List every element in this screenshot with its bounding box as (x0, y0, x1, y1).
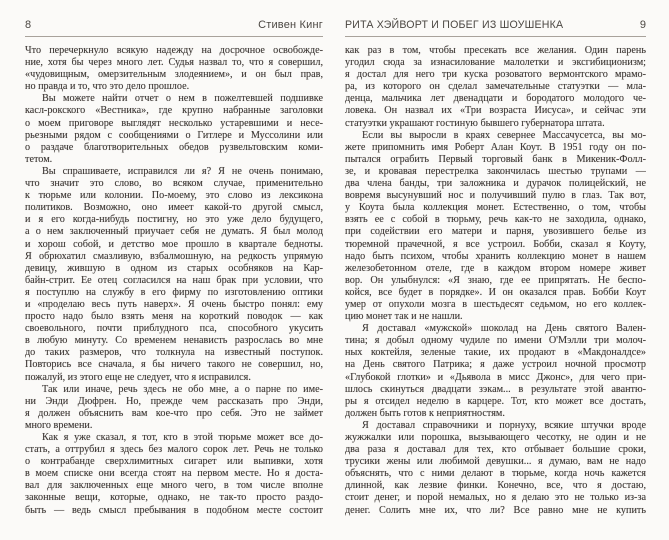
text-line: умер от опухоли мозга в шестьдесят седьм… (345, 299, 646, 311)
book-spread: 8 Стивен Кинг Что перечеркнуло всякую на… (0, 0, 669, 540)
text-line: два члена банды, три заложника и дурачок… (345, 178, 646, 190)
text-line: койся, все будет в порядке». И он оказал… (345, 287, 646, 299)
text-line: у Коута была коллекция монет. Естественн… (345, 202, 646, 214)
text-line: денца, мальчика лет двенадцати и бородат… (345, 93, 646, 105)
text-line: как раз в том, чтобы пресекать все желан… (345, 45, 646, 57)
text-line: вор. Он улыбнулся: «Я знаю, где ее припр… (345, 275, 646, 287)
text-line: но правда и то, что это дело прошлое. (25, 81, 323, 93)
text-line: а о нем заключенный приучает себя не дум… (25, 226, 323, 238)
text-line: быть — ведь смысл пребывания в подобном … (25, 505, 323, 517)
text-line: должен быть готов к неприятностям. (345, 408, 646, 420)
text-line: вал для заключенных еще много чего, в то… (25, 480, 323, 492)
text-line: законные вещи, которые, однако, не так-т… (25, 492, 323, 504)
text-line: Как я уже сказал, я тот, кто в этой тюрь… (25, 432, 323, 444)
text-line: Я доставал справочники и порнуху, всякие… (345, 420, 646, 432)
text-line: Я обрюхатил смазливую, взбалмошную, на р… (25, 251, 323, 263)
text-line: Если вы выросли в краях севернее Массачу… (345, 130, 646, 142)
text-line: ра, из которого он сделал замечательные … (345, 81, 646, 93)
text-line: пожалуй, из этого еще не следует, что я … (25, 372, 323, 384)
text-line: ры я отсидел неделю в карцере. Тот, кто … (345, 396, 646, 408)
text-line: цию монет так и не нашли. (345, 311, 646, 323)
text-line: байн-стрит. Ее отец согласился на наш бр… (25, 275, 323, 287)
text-line: и я его когда-нибудь постигну, но это уж… (25, 214, 323, 226)
text-line: «Глубокой глотки» и «Дьявола в мисс Джон… (345, 372, 646, 384)
text-line: я достал для него три куска розоватого в… (345, 69, 646, 81)
text-line: я должен объяснить вам кое-что про себя.… (25, 408, 323, 420)
text-line: стоит денег, и порой немалых, но я делаю… (345, 492, 646, 504)
text-line: надо быть психом, чтобы хранить коллекци… (345, 251, 646, 263)
text-line: тина; я добыл одному чудиле по имени О'М… (345, 335, 646, 347)
text-line: о моем приговоре выглядят несколько уста… (25, 118, 323, 130)
text-line: много времени. (25, 420, 323, 432)
text-line: ных коктейля, зеленые такие, их продают … (345, 347, 646, 359)
text-line: политиков. Возможно, оно имеет какой-то … (25, 202, 323, 214)
page-left: 8 Стивен Кинг Что перечеркнуло всякую на… (25, 19, 323, 517)
text-line: в любую минуту. Со временем ненависть ра… (25, 335, 323, 347)
text-line: «чудовищным, омерзительным злодеянием», … (25, 69, 323, 81)
page-body-right: как раз в том, чтобы пресекать все желан… (345, 45, 646, 517)
text-line: статуэтки украшают гостиную бывшего губе… (345, 118, 646, 130)
text-line: просто надо было взять меня на короткий … (25, 311, 323, 323)
text-line: Что перечеркнуло всякую надежду на досро… (25, 45, 323, 57)
text-line: о контрабанде сверхлимитных сигарет или … (25, 456, 323, 468)
text-line: что значит это слово, во всяком случае, … (25, 178, 323, 190)
text-line: о раздаче благотворительных обедов рузве… (25, 142, 323, 154)
page-number-left: 8 (25, 19, 31, 31)
text-line: железобетонном отеле, где в каждом второ… (345, 263, 646, 275)
text-line: Вы спрашиваете, исправился ли я? Я не оч… (25, 166, 323, 178)
text-line: Вы можете найти отчет о нем в пожелтевше… (25, 93, 323, 105)
text-line: в моем списке они всегда стоят на первом… (25, 468, 323, 480)
running-head-title: РИТА ХЭЙВОРТ И ПОБЕГ ИЗ ШОУШЕНКА (345, 19, 563, 31)
text-line: до таких размеров, что толкнула на извес… (25, 347, 323, 359)
text-line: к тюрьме или колонии. По-моему, это слов… (25, 190, 323, 202)
text-line: девицу, жившую в одном из старых особняк… (25, 263, 323, 275)
text-line: на День святого Патрика; я даже устроил … (345, 359, 646, 371)
text-line: и хорош собой, и детство мое прошло в кв… (25, 239, 323, 251)
text-line: Я доставал «мужской» шоколад на День свя… (345, 323, 646, 335)
text-line: жужжалки или порошка, вызывающего чесотк… (345, 432, 646, 444)
text-line: объяснять, что с ними делают в тюрьме, к… (345, 468, 646, 480)
text-line: тюремной прачечной, я все устроил. Бобби… (345, 239, 646, 251)
page-body-left: Что перечеркнуло всякую надежду на досро… (25, 45, 323, 517)
running-head-author: Стивен Кинг (258, 19, 323, 31)
text-line: рьезными рядом с сообщениями о Гитлере и… (25, 130, 323, 142)
text-line: трусики жены или любимой девушки... я ду… (345, 456, 646, 468)
text-line: при содействии его матери и парня, увози… (345, 226, 646, 238)
text-line: угодил сюда за изнасилование малолетки и… (345, 57, 646, 69)
text-line: шлось скинуться двадцати зэкам... в резу… (345, 384, 646, 396)
text-line: денег. Солить мне их, что ли? Все равно … (345, 505, 646, 517)
text-line: своевольного, почти приблудного пса, спо… (25, 323, 323, 335)
text-line: зе, и кровавая перестрелка закончилась ш… (345, 166, 646, 178)
page-right: РИТА ХЭЙВОРТ И ПОБЕГ ИЗ ШОУШЕНКА 9 как р… (345, 19, 646, 517)
text-line: тетом. (25, 154, 323, 166)
text-line: вовремя высунувший нос и получивший пулю… (345, 190, 646, 202)
text-line: длинной, как лезвие финки. Конечно, все,… (345, 480, 646, 492)
running-header-left: 8 Стивен Кинг (25, 19, 323, 37)
text-line: Повторись все сначала, я бы ничего таког… (25, 359, 323, 371)
text-line: взять ее с собой в тюрьму, речь как-то н… (345, 214, 646, 226)
text-line: жете припомнить имя Роберт Алан Коут. В … (345, 142, 646, 154)
text-line: я поступлю на службу в его фирму по изго… (25, 287, 323, 299)
text-line: и «проделаю весь путь наверх». Я очень б… (25, 299, 323, 311)
text-line: ловека. Он назвал их «Три возраста Иисус… (345, 105, 646, 117)
text-line: два раза я доставал для тех, кто отбывае… (345, 444, 646, 456)
text-line: пытался ограбить Первый торговый банк в … (345, 154, 646, 166)
running-header-right: РИТА ХЭЙВОРТ И ПОБЕГ ИЗ ШОУШЕНКА 9 (345, 19, 646, 37)
page-number-right: 9 (640, 19, 646, 31)
text-line: касл-рокского «Вестника», где крупно наб… (25, 105, 323, 117)
text-line: Так или иначе, речь здесь не обо мне, а … (25, 384, 323, 396)
text-line: ние, хотя бы через много лет. Судья назв… (25, 57, 323, 69)
text-line: стать, а оттрубил я здесь без малого сор… (25, 444, 323, 456)
text-line: ни Энди Дюфрен. Но, прежде чем рассказат… (25, 396, 323, 408)
